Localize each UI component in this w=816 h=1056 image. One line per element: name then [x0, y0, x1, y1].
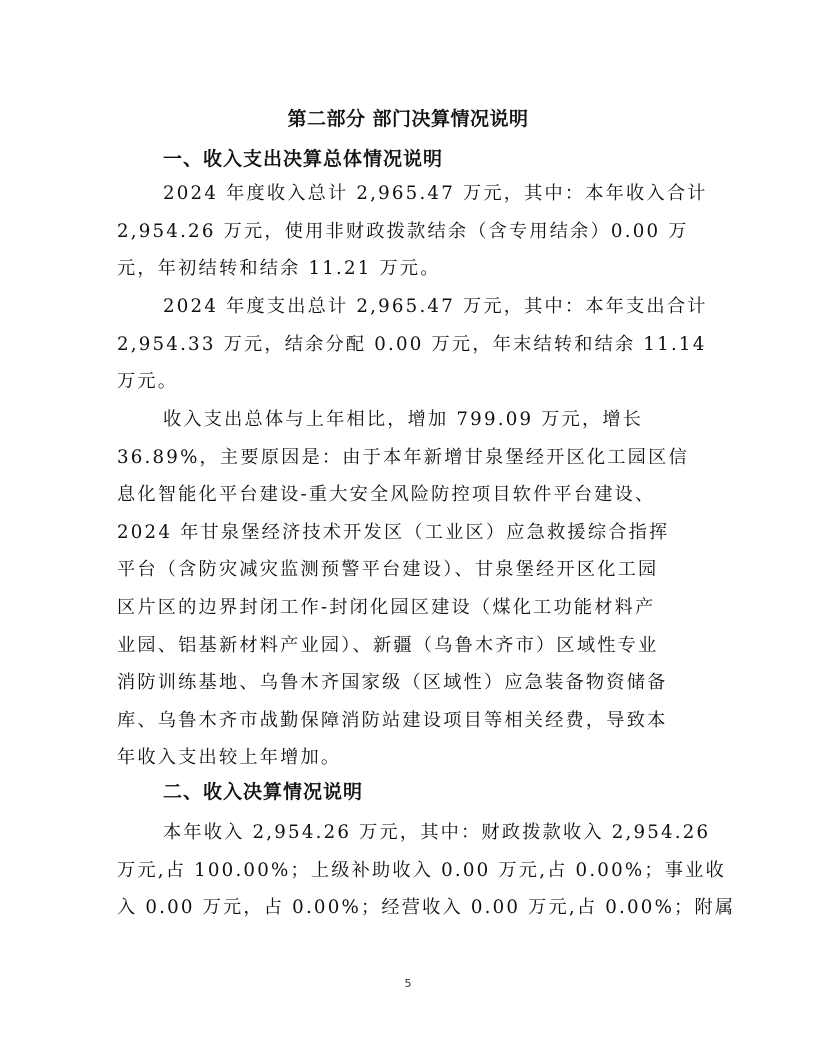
- page-number: 5: [0, 977, 816, 990]
- paragraph-line: 年收入支出较上年增加。: [117, 739, 700, 777]
- paragraph-line: 2,954.33 万元，结余分配 0.00 万元，年末结转和结余 11.14: [117, 326, 700, 364]
- paragraph-line: 区片区的边界封闭工作-封闭化园区建设（煤化工功能材料产: [117, 589, 700, 627]
- paragraph-line: 入 0.00 万元，占 0.00%；经营收入 0.00 万元,占 0.00%；附…: [117, 889, 700, 927]
- paragraph-line: 库、乌鲁木齐市战勤保障消防站建设项目等相关经费，导致本: [117, 702, 700, 740]
- paragraph-line: 2,954.26 万元，使用非财政拨款结余（含专用结余）0.00 万: [117, 213, 700, 251]
- paragraph-line: 万元,占 100.00%；上级补助收入 0.00 万元,占 0.00%；事业收: [117, 852, 700, 890]
- paragraph-line: 收入支出总体与上年相比，增加 799.09 万元，增长: [117, 401, 700, 439]
- paragraph-line: 36.89%，主要原因是：由于本年新增甘泉堡经开区化工园区信: [117, 439, 700, 477]
- paragraph-line: 业园、铝基新材料产业园）、新疆（乌鲁木齐市）区域性专业: [117, 627, 700, 665]
- paragraph-line: 元，年初结转和结余 11.21 万元。: [117, 250, 700, 288]
- paragraph-yoy-comparison: 收入支出总体与上年相比，增加 799.09 万元，增长 36.89%，主要原因是…: [117, 401, 700, 777]
- section-heading-1: 一、收入支出决算总体情况说明: [163, 145, 443, 173]
- document-page: 第二部分 部门决算情况说明 一、收入支出决算总体情况说明 2024 年度收入总计…: [0, 0, 816, 1056]
- section-heading-2: 二、收入决算情况说明: [163, 778, 363, 806]
- paragraph-income-breakdown: 本年收入 2,954.26 万元，其中：财政拨款收入 2,954.26 万元,占…: [117, 814, 700, 927]
- paragraph-line: 2024 年度支出总计 2,965.47 万元，其中：本年支出合计: [117, 288, 700, 326]
- paragraph-expense-total: 2024 年度支出总计 2,965.47 万元，其中：本年支出合计 2,954.…: [117, 288, 700, 401]
- paragraph-income-total: 2024 年度收入总计 2,965.47 万元，其中：本年收入合计 2,954.…: [117, 175, 700, 288]
- paragraph-line: 2024 年度收入总计 2,965.47 万元，其中：本年收入合计: [117, 175, 700, 213]
- paragraph-line: 消防训练基地、乌鲁木齐国家级（区域性）应急装备物资储备: [117, 664, 700, 702]
- paragraph-line: 平台（含防灾减灾监测预警平台建设）、甘泉堡经开区化工园: [117, 551, 700, 589]
- page-title: 第二部分 部门决算情况说明: [0, 105, 816, 133]
- paragraph-line: 本年收入 2,954.26 万元，其中：财政拨款收入 2,954.26: [117, 814, 700, 852]
- paragraph-line: 万元。: [117, 363, 700, 401]
- paragraph-line: 2024 年甘泉堡经济技术开发区（工业区）应急救援综合指挥: [117, 514, 700, 552]
- paragraph-line: 息化智能化平台建设-重大安全风险防控项目软件平台建设、: [117, 476, 700, 514]
